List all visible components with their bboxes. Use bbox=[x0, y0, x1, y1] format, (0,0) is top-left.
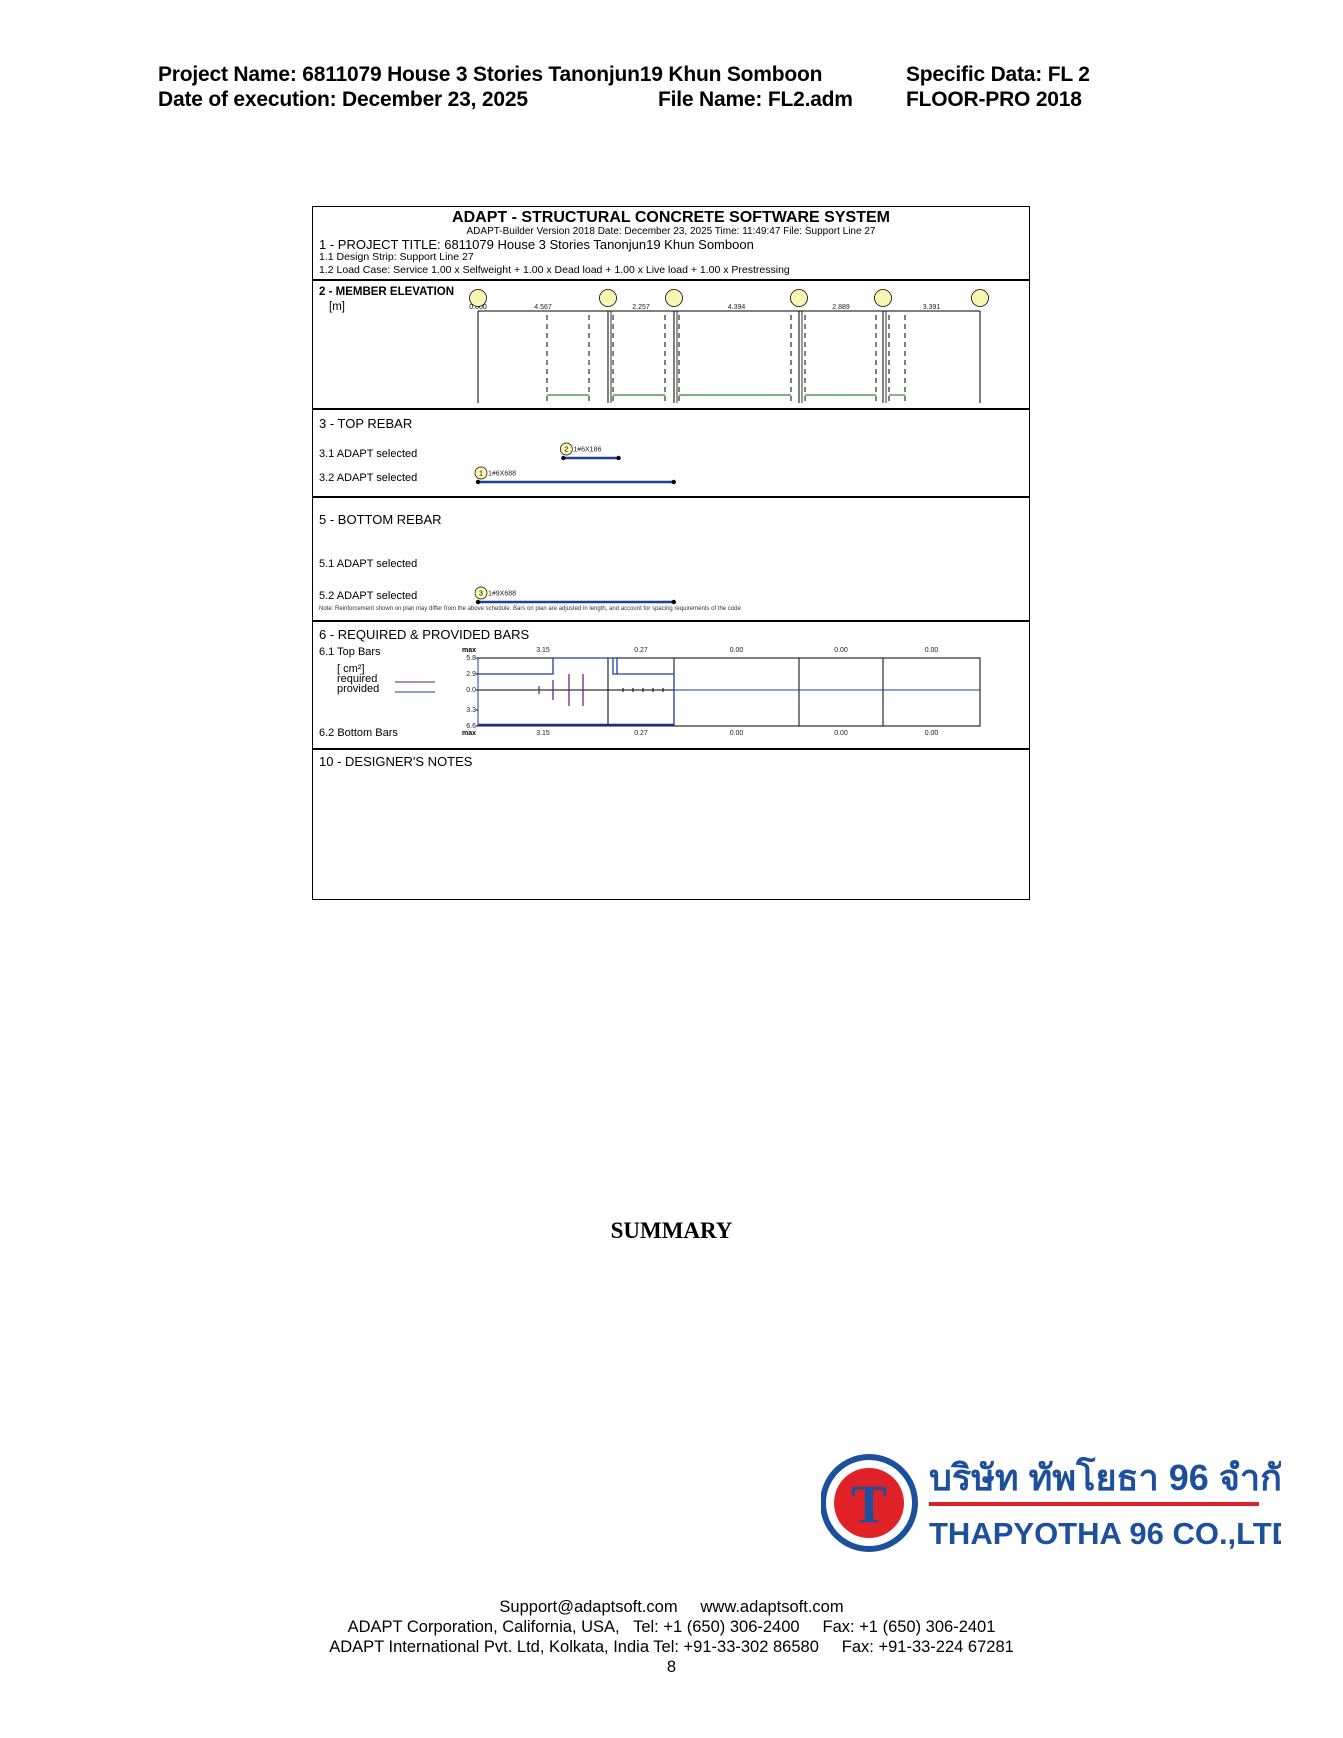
designer-notes-section: 10 - DESIGNER'S NOTES bbox=[313, 748, 1029, 899]
top-rebar-section: 3 - TOP REBAR 3.1 ADAPT selected 3.2 ADA… bbox=[313, 408, 1029, 496]
svg-text:0.00: 0.00 bbox=[730, 647, 744, 654]
svg-text:5.8: 5.8 bbox=[466, 655, 476, 662]
required-provided-section: 6 - REQUIRED & PROVIDED BARS 6.1 Top Bar… bbox=[313, 620, 1029, 748]
svg-text:2.9: 2.9 bbox=[466, 671, 476, 678]
svg-text:3.391: 3.391 bbox=[923, 304, 941, 311]
company-logo: T บริษัท ทัพโยธา 96 จำกัด THAPYOTHA 96 C… bbox=[821, 1440, 1281, 1565]
support-marker-icon bbox=[470, 290, 487, 307]
svg-text:4.567: 4.567 bbox=[534, 304, 552, 311]
bottom-rebar-section: 5 - BOTTOM REBAR 5.1 ADAPT selected 5.2 … bbox=[313, 496, 1029, 620]
svg-text:3.15: 3.15 bbox=[536, 647, 550, 654]
header-file-name: File Name: FL2.adm bbox=[658, 88, 853, 112]
svg-text:4.394: 4.394 bbox=[728, 304, 746, 311]
support-marker-icon bbox=[791, 290, 808, 307]
svg-text:6.6: 6.6 bbox=[466, 723, 476, 730]
svg-text:0.27: 0.27 bbox=[634, 730, 648, 737]
bottom-rebar-diagram: 31#9X688 bbox=[313, 498, 1029, 620]
logo-letter: T bbox=[851, 1474, 887, 1534]
required-provided-chart: 5.82.90.03.36.6maxmax3.150.270.000.000.0… bbox=[313, 622, 1029, 748]
svg-text:3.3: 3.3 bbox=[466, 707, 476, 714]
svg-text:3.15: 3.15 bbox=[536, 730, 550, 737]
svg-text:3: 3 bbox=[479, 591, 483, 598]
member-elevation-diagram: 0.0004.5672.2574.3942.8893.391 bbox=[313, 281, 1029, 408]
adapt-report-box: ADAPT - STRUCTURAL CONCRETE SOFTWARE SYS… bbox=[312, 206, 1030, 900]
company-logo-graphic: T บริษัท ทัพโยธา 96 จำกัด THAPYOTHA 96 C… bbox=[821, 1440, 1281, 1565]
summary-title: SUMMARY bbox=[0, 1218, 1343, 1244]
support-marker-icon bbox=[972, 290, 989, 307]
report-title: ADAPT - STRUCTURAL CONCRETE SOFTWARE SYS… bbox=[313, 209, 1029, 227]
svg-text:1#6X688: 1#6X688 bbox=[488, 471, 516, 478]
support-marker-icon bbox=[666, 290, 683, 307]
logo-divider bbox=[929, 1502, 1259, 1506]
header-specific-data: Specific Data: FL 2 bbox=[906, 63, 1090, 87]
svg-text:max: max bbox=[462, 647, 476, 654]
member-elevation-section: 2 - MEMBER ELEVATION [m] 0.0004.5672.257… bbox=[313, 279, 1029, 408]
logo-thai-name: บริษัท ทัพโยธา 96 จำกัด bbox=[929, 1456, 1281, 1498]
svg-text:1: 1 bbox=[479, 471, 483, 478]
footer-usa-office: ADAPT Corporation, California, USA, Tel:… bbox=[0, 1618, 1343, 1637]
svg-text:0.00: 0.00 bbox=[730, 730, 744, 737]
logo-english-name: THAPYOTHA 96 CO.,LTD. bbox=[929, 1516, 1281, 1551]
svg-text:0.00: 0.00 bbox=[834, 647, 848, 654]
svg-text:2.257: 2.257 bbox=[632, 304, 650, 311]
svg-text:2: 2 bbox=[564, 447, 568, 454]
header-date-of-execution: Date of execution: December 23, 2025 bbox=[158, 88, 528, 112]
design-strip: 1.1 Design Strip: Support Line 27 bbox=[319, 251, 474, 263]
svg-text:0.00: 0.00 bbox=[834, 730, 848, 737]
footer-contact: Support@adaptsoft.com www.adaptsoft.com bbox=[0, 1598, 1343, 1617]
svg-text:1#6X186: 1#6X186 bbox=[573, 447, 601, 454]
support-marker-icon bbox=[875, 290, 892, 307]
support-marker-icon bbox=[600, 290, 617, 307]
page-number: 8 bbox=[0, 1658, 1343, 1677]
project-title: 1 - PROJECT TITLE: 6811079 House 3 Stori… bbox=[319, 237, 754, 252]
svg-text:1#9X688: 1#9X688 bbox=[488, 591, 516, 598]
load-case: 1.2 Load Case: Service 1.00 x Selfweight… bbox=[319, 264, 790, 276]
svg-text:max: max bbox=[462, 730, 476, 737]
header-program: FLOOR-PRO 2018 bbox=[906, 88, 1082, 112]
top-rebar-diagram: 21#6X18611#6X688 bbox=[313, 410, 1029, 496]
svg-text:0.0: 0.0 bbox=[466, 687, 476, 694]
report-subtitle: ADAPT-Builder Version 2018 Date: Decembe… bbox=[313, 226, 1029, 237]
footer-india-office: ADAPT International Pvt. Ltd, Kolkata, I… bbox=[0, 1638, 1343, 1657]
designer-notes-heading: 10 - DESIGNER'S NOTES bbox=[319, 754, 472, 769]
header-project-name: Project Name: 6811079 House 3 Stories Ta… bbox=[158, 63, 822, 87]
svg-text:2.889: 2.889 bbox=[832, 304, 850, 311]
svg-text:0.00: 0.00 bbox=[925, 730, 939, 737]
svg-text:0.00: 0.00 bbox=[925, 647, 939, 654]
svg-text:0.27: 0.27 bbox=[634, 647, 648, 654]
